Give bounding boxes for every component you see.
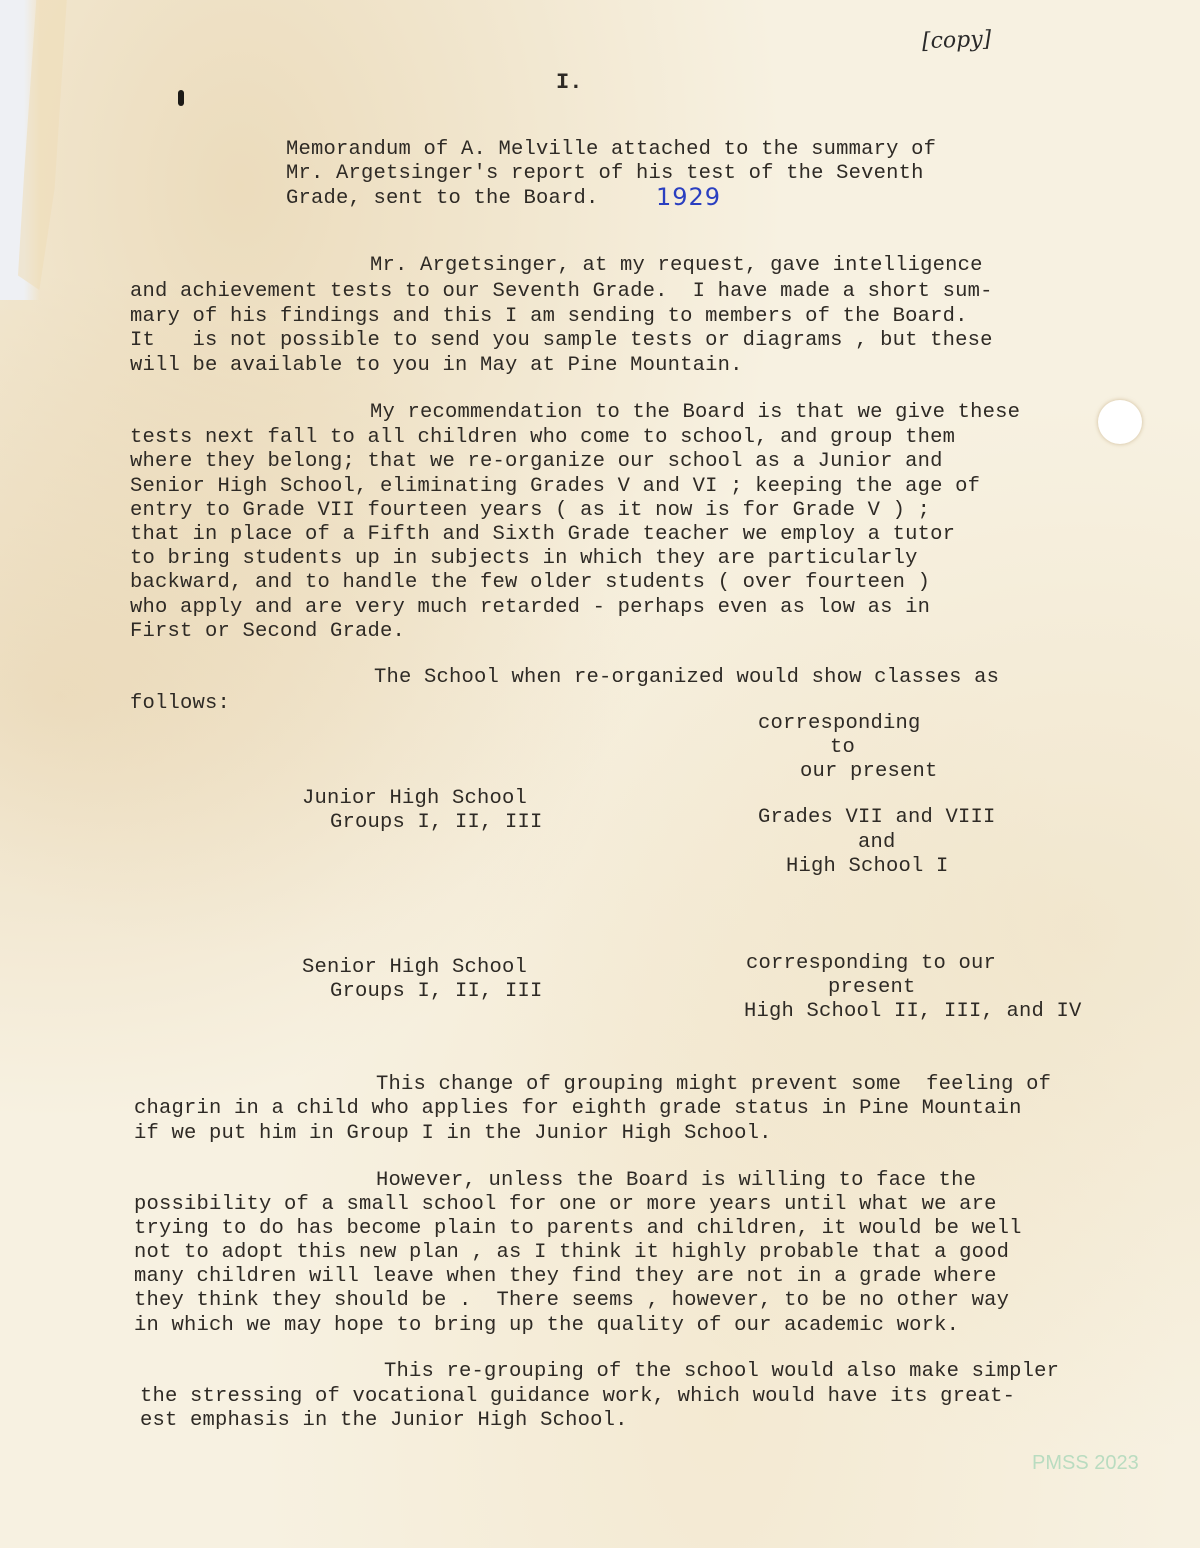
body-line: Senior High School, eliminating Grades V…: [130, 477, 980, 498]
ink-blot: [178, 90, 184, 106]
body-line: who apply and are very much retarded - p…: [130, 598, 930, 619]
body-line: will be available to you in May at Pine …: [130, 356, 743, 377]
body-line: in which we may hope to bring up the qua…: [134, 1316, 959, 1337]
junior-left-line: Junior High School: [302, 789, 527, 810]
copy-annotation: [copy]: [922, 27, 992, 54]
body-line: follows:: [130, 694, 230, 715]
body-line: where they belong; that we re-organize o…: [130, 452, 943, 473]
senior-left-line: Senior High School: [302, 958, 527, 979]
body-line: est emphasis in the Junior High School.: [140, 1411, 628, 1432]
body-line: if we put him in Group I in the Junior H…: [134, 1124, 772, 1145]
page-number: I.: [556, 70, 582, 95]
body-line: possibility of a small school for one or…: [134, 1195, 997, 1216]
junior-right-line: to: [830, 738, 855, 759]
body-line: However, unless the Board is willing to …: [376, 1171, 976, 1192]
senior-right-line: corresponding to our: [746, 954, 996, 975]
header-line: Memorandum of A. Melville attached to th…: [286, 140, 936, 161]
body-line: This re-grouping of the school would als…: [384, 1362, 1059, 1383]
body-line: trying to do has become plain to parents…: [134, 1219, 1022, 1240]
junior-right-line: High School I: [786, 857, 949, 878]
body-line: not to adopt this new plan , as I think …: [134, 1243, 1009, 1264]
body-line: It is not possible to send you sample te…: [130, 331, 993, 352]
senior-right-line: High School II, III, and IV: [744, 1002, 1082, 1023]
body-line: mary of his findings and this I am sendi…: [130, 307, 968, 328]
body-line: they think they should be . There seems …: [134, 1291, 1009, 1312]
body-line: First or Second Grade.: [130, 622, 405, 643]
body-line: backward, and to handle the few older st…: [130, 573, 930, 594]
body-line: many children will leave when they find …: [134, 1267, 997, 1288]
junior-right-line: corresponding: [758, 714, 921, 735]
header-line: Grade, sent to the Board.: [286, 189, 599, 210]
body-line: and achievement tests to our Seventh Gra…: [130, 282, 993, 303]
body-line: My recommendation to the Board is that w…: [370, 403, 1020, 424]
body-line: Mr. Argetsinger, at my request, gave int…: [370, 256, 983, 277]
senior-left-line: Groups I, II, III: [330, 982, 543, 1003]
body-line: that in place of a Fifth and Sixth Grade…: [130, 525, 955, 546]
body-line: chagrin in a child who applies for eight…: [134, 1099, 1022, 1120]
body-line: entry to Grade VII fourteen years ( as i…: [130, 501, 930, 522]
body-line: This change of grouping might prevent so…: [376, 1075, 1051, 1096]
body-line: to bring students up in subjects in whic…: [130, 549, 918, 570]
punch-hole: [1098, 400, 1142, 444]
junior-left-line: Groups I, II, III: [330, 813, 543, 834]
junior-right-line: and: [858, 833, 896, 854]
junior-right-line: our present: [800, 762, 938, 783]
junior-right-line: Grades VII and VIII: [758, 808, 996, 829]
body-line: The School when re-organized would show …: [374, 668, 999, 689]
archive-watermark: PMSS 2023: [1032, 1452, 1139, 1475]
senior-right-line: present: [828, 978, 916, 999]
body-line: tests next fall to all children who come…: [130, 428, 955, 449]
header-line: Mr. Argetsinger's report of his test of …: [286, 164, 924, 185]
year-annotation: 1929: [656, 183, 721, 211]
body-line: the stressing of vocational guidance wor…: [140, 1387, 1015, 1408]
